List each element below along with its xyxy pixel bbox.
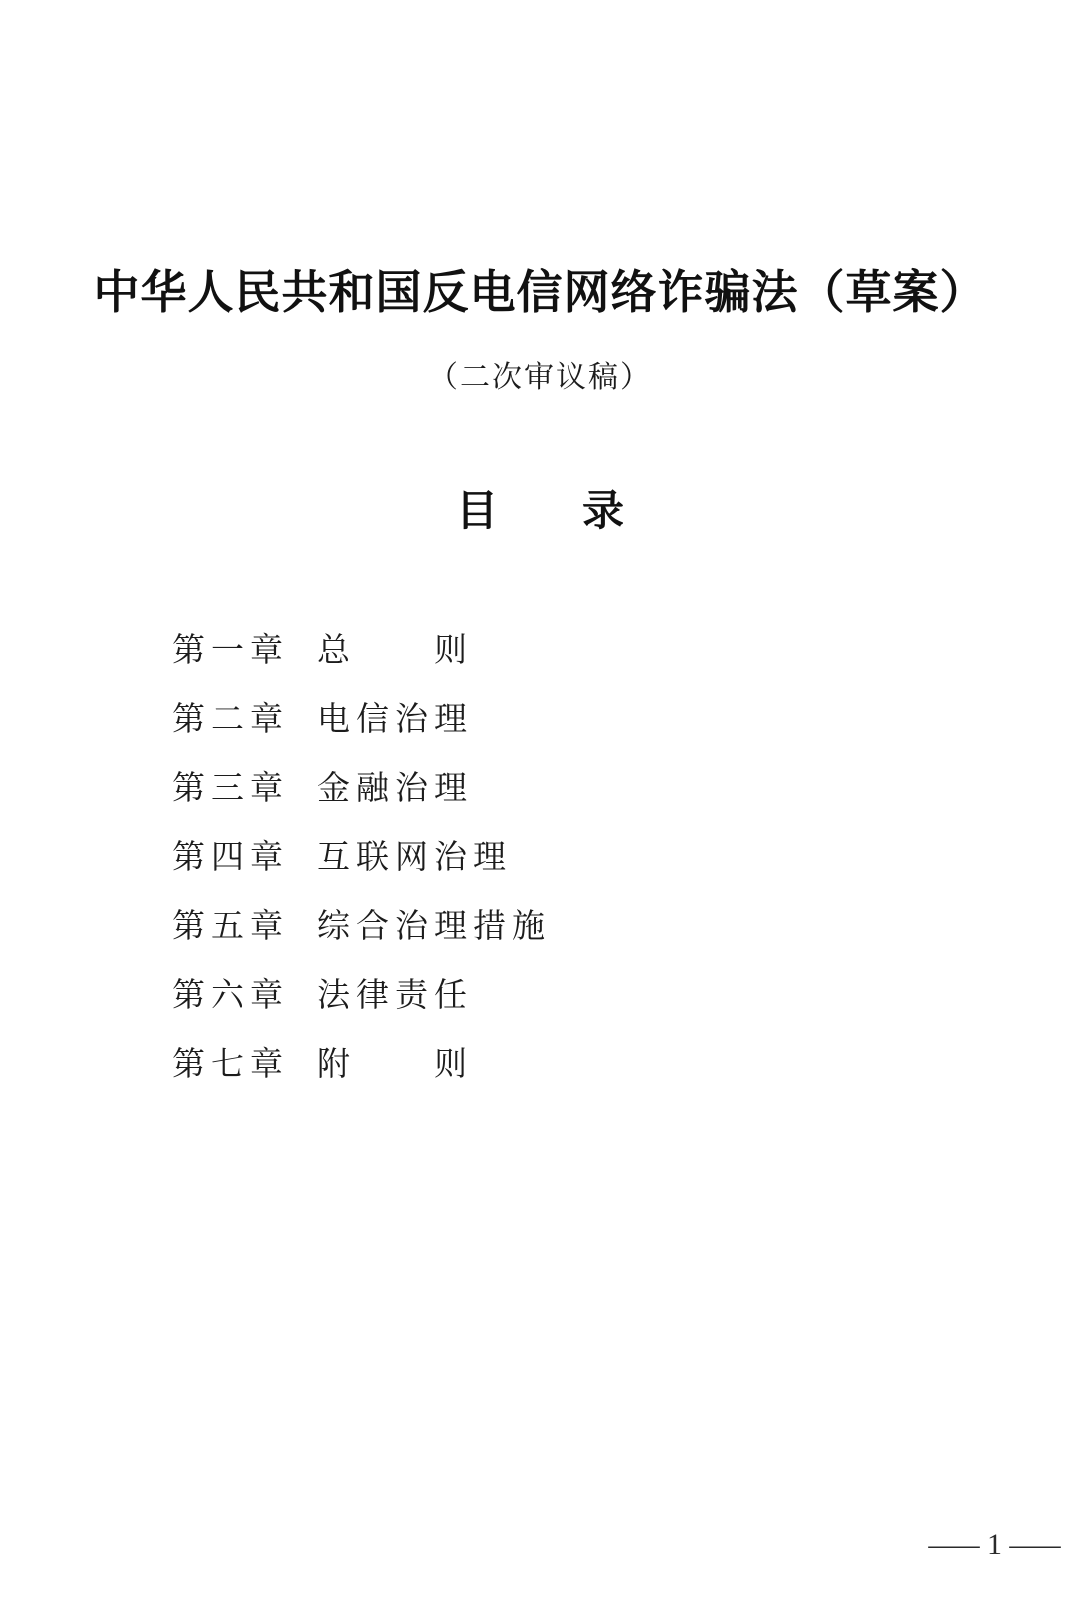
document-subtitle: （二次审议稿） <box>0 352 1080 396</box>
toc-item-chapter-3: 第三章 金融治理 <box>172 751 551 820</box>
toc-list: 第一章 总 则 第二章 电信治理 第三章 金融治理 第四章 互联网治理 第五章 … <box>172 613 551 1096</box>
document-page: 中华人民共和国反电信网络诈骗法（草案） （二次审议稿） 目 录 第一章 总 则 … <box>0 0 1080 1597</box>
toc-item-chapter-7: 第七章 附 则 <box>172 1027 551 1096</box>
toc-chapter-title: 互联网治理 <box>317 831 512 878</box>
toc-chapter-label: 第四章 <box>172 831 289 878</box>
toc-item-chapter-5: 第五章 综合治理措施 <box>172 889 551 958</box>
toc-chapter-label: 第三章 <box>172 762 289 809</box>
page-number-left-dash: — <box>929 1528 980 1562</box>
toc-chapter-label: 第七章 <box>172 1038 289 1085</box>
toc-chapter-title: 综合治理措施 <box>317 900 551 947</box>
page-number-right-dash: — <box>1010 1528 1061 1562</box>
page-number-value: 1 <box>987 1528 1002 1562</box>
toc-chapter-label: 第二章 <box>172 693 289 740</box>
toc-chapter-label: 第一章 <box>172 624 289 671</box>
toc-item-chapter-1: 第一章 总 则 <box>172 613 551 682</box>
toc-heading: 目 录 <box>0 478 1080 538</box>
toc-chapter-label: 第六章 <box>172 969 289 1016</box>
toc-item-chapter-2: 第二章 电信治理 <box>172 682 551 751</box>
toc-item-chapter-4: 第四章 互联网治理 <box>172 820 551 889</box>
toc-item-chapter-6: 第六章 法律责任 <box>172 958 551 1027</box>
toc-chapter-title: 附 则 <box>317 1038 473 1085</box>
toc-chapter-title: 法律责任 <box>317 969 473 1016</box>
toc-chapter-title: 总 则 <box>317 624 473 671</box>
page-number: — 1 — <box>939 1528 1050 1562</box>
toc-chapter-title: 电信治理 <box>317 693 473 740</box>
toc-chapter-title: 金融治理 <box>317 762 473 809</box>
toc-chapter-label: 第五章 <box>172 900 289 947</box>
document-title: 中华人民共和国反电信网络诈骗法（草案） <box>0 256 1080 322</box>
